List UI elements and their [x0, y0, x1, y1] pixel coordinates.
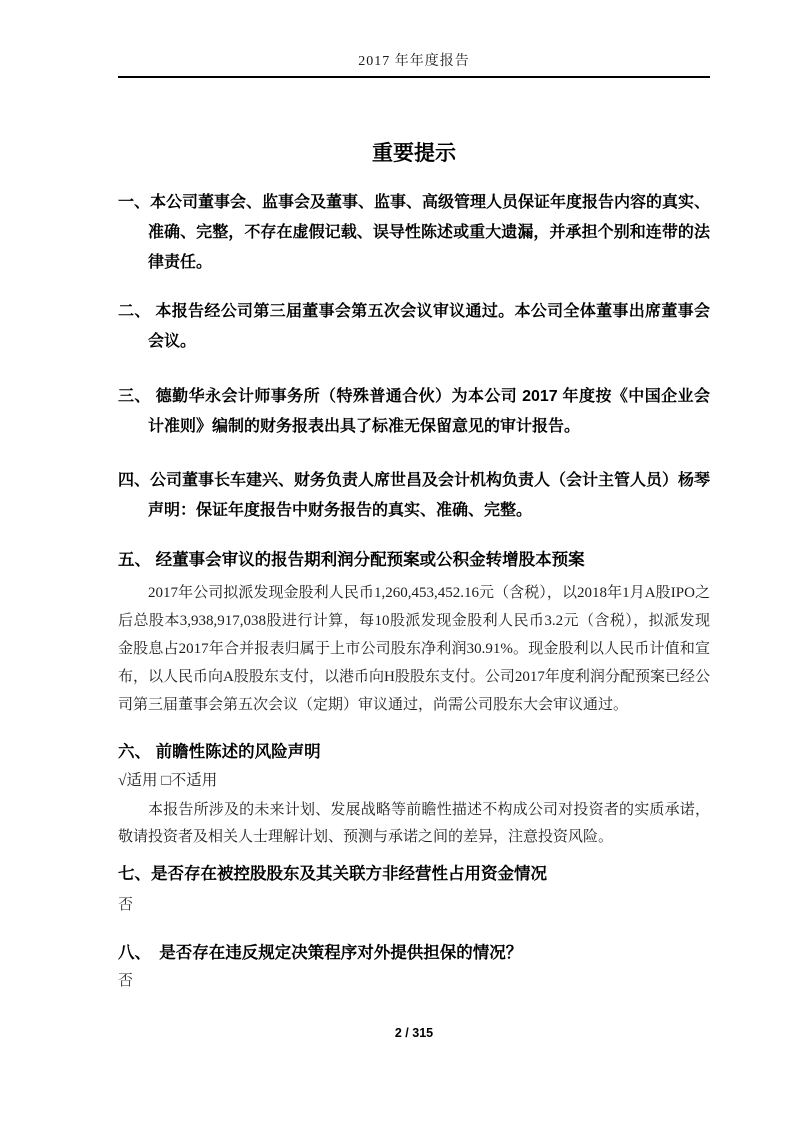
statement-directors-guarantee: 一、本公司董事会、监事会及董事、监事、高级管理人员保证年度报告内容的真实、准确、… — [118, 188, 710, 278]
statement-board-approval: 二、 本报告经公司第三届董事会第五次会议审议通过。本公司全体董事出席董事会会议。 — [118, 297, 710, 357]
document-page: 2017 年年度报告 重要提示 一、本公司董事会、监事会及董事、监事、高级管理人… — [0, 0, 793, 1122]
content-column: 重要提示 一、本公司董事会、监事会及董事、监事、高级管理人员保证年度报告内容的真… — [118, 142, 710, 993]
section-forward-looking-body: 本报告所涉及的未来计划、发展战略等前瞻性描述不构成公司对投资者的实质承诺，敬请投… — [118, 797, 710, 851]
section-forward-looking-heading: 六、 前瞻性陈述的风险声明 — [118, 740, 710, 765]
statement-audit-report: 三、 德勤华永会计师事务所（特殊普通合伙）为本公司 2017 年度按《中国企业会… — [118, 382, 710, 442]
section-profit-distribution-body: 2017年公司拟派发现金股利人民币1,260,453,452.16元（含税），以… — [118, 579, 710, 719]
section-profit-distribution-heading: 五、 经董事会审议的报告期利润分配预案或公积金转增股本预案 — [118, 548, 710, 573]
section-fund-occupation-heading: 七、是否存在被控股股东及其关联方非经营性占用资金情况 — [118, 862, 710, 887]
page-header: 2017 年年度报告 — [118, 0, 710, 78]
section-external-guarantee-heading: 八、 是否存在违反规定决策程序对外提供担保的情况？ — [118, 941, 710, 966]
applicability-checkline: √适用 □不适用 — [118, 769, 710, 792]
section-external-guarantee-answer: 否 — [118, 970, 710, 993]
page-number: 2 / 315 — [118, 1026, 710, 1040]
header-title: 2017 年年度报告 — [118, 53, 710, 71]
statement-financial-officers: 四、公司董事长车建兴、财务负责人席世昌及会计机构负责人（会计主管人员）杨琴声明：… — [118, 466, 710, 526]
page-title: 重要提示 — [118, 142, 710, 165]
section-fund-occupation-answer: 否 — [118, 894, 710, 917]
